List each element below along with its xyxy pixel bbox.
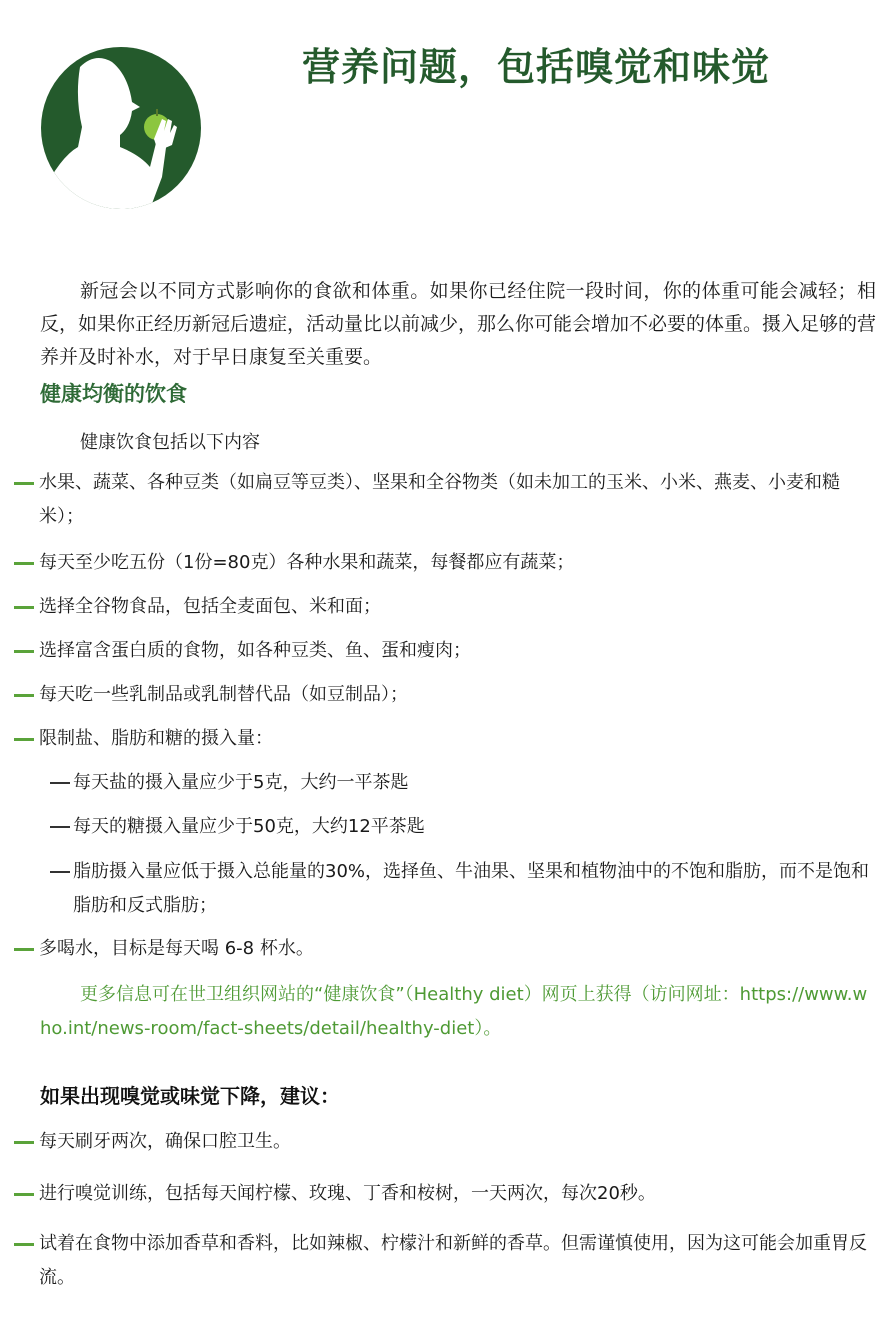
dash-bullet-icon [14, 1141, 34, 1144]
list-item: 水果、蔬菜、各种豆类（如扁豆等豆类）、坚果和全谷物类（如未加工的玉米、小米、燕麦… [14, 466, 876, 534]
sub-list-item: 脂肪摄入量应低于摄入总能量的30%，选择鱼、牛油果、坚果和植物油中的不饱和脂肪，… [50, 855, 876, 923]
who-link-note[interactable]: 更多信息可在世卫组织网站的“健康饮食”（Healthy diet）网页上获得（访… [40, 978, 876, 1046]
intro-paragraph: 新冠会以不同方式影响你的食欲和体重。如果你已经住院一段时间，你的体重可能会减轻；… [40, 275, 876, 374]
dash-bullet-icon [14, 650, 34, 653]
sub-list-item: 每天的糖摄入量应少于50克，大约12平茶匙 [50, 810, 876, 844]
dash-bullet-icon [14, 948, 34, 951]
dash-bullet-icon [14, 562, 34, 565]
list-item: 选择全谷物食品，包括全麦面包、米和面； [14, 590, 876, 624]
list-item: 每天刷牙两次，确保口腔卫生。 [14, 1125, 876, 1159]
dash-bullet-icon [50, 826, 70, 828]
sub-list-item: 每天盐的摄入量应少于5克，大约一平茶匙 [50, 766, 876, 800]
dash-bullet-icon [50, 871, 70, 873]
list-item: 每天至少吃五份（1份=80克）各种水果和蔬菜，每餐都应有蔬菜； [14, 546, 876, 580]
dash-bullet-icon [14, 1193, 34, 1196]
dash-bullet-icon [14, 694, 34, 697]
dash-bullet-icon [14, 1243, 34, 1246]
page-title: 营养问题，包括嗅觉和味觉 [302, 36, 770, 91]
person-eating-apple-icon [40, 47, 202, 209]
dash-bullet-icon [50, 782, 70, 784]
list-item: 进行嗅觉训练，包括每天闻柠檬、玫瑰、丁香和桉树，一天两次，每次20秒。 [14, 1177, 876, 1211]
list-item: 限制盐、脂肪和糖的摄入量： [14, 722, 876, 756]
list-item: 试着在食物中添加香草和香料，比如辣椒、柠檬汁和新鲜的香草。但需谨慎使用，因为这可… [14, 1227, 876, 1295]
dash-bullet-icon [14, 606, 34, 609]
list-item: 多喝水，目标是每天喝 6-8 杯水。 [14, 932, 876, 966]
section-lead: 健康饮食包括以下内容 [80, 428, 260, 454]
list-item: 每天吃一些乳制品或乳制替代品（如豆制品）； [14, 678, 876, 712]
dash-bullet-icon [14, 738, 34, 741]
dash-bullet-icon [14, 482, 34, 485]
list-item: 选择富含蛋白质的食物，如各种豆类、鱼、蛋和瘦肉； [14, 634, 876, 668]
section-heading-smell-taste: 如果出现嗅觉或味觉下降，建议： [40, 1080, 340, 1109]
section-heading-healthy-diet: 健康均衡的饮食 [40, 378, 187, 408]
